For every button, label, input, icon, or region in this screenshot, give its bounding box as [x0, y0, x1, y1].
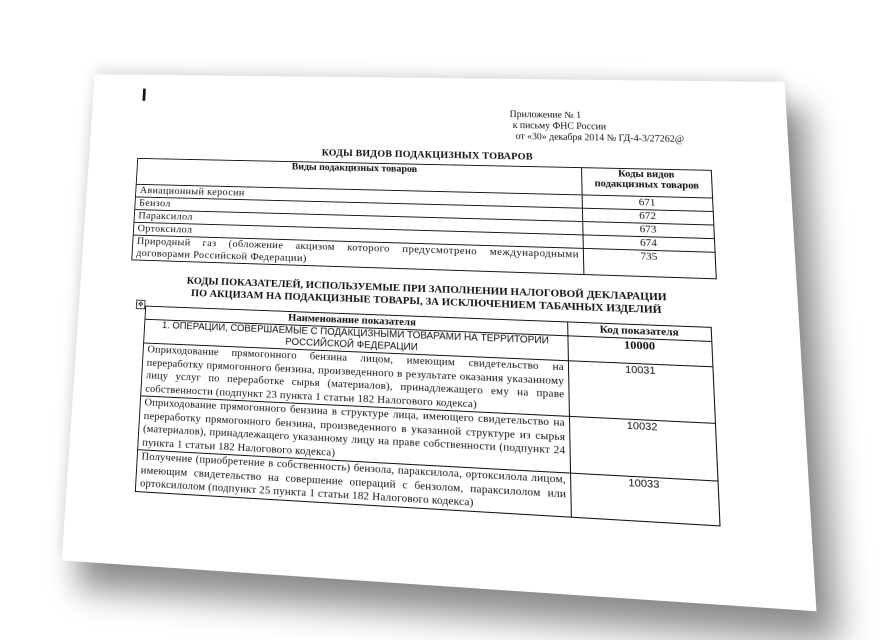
margin-mark: [142, 89, 145, 101]
indicator-code: 10033: [571, 473, 720, 525]
goods-code: 735: [583, 248, 716, 278]
appendix-line-3: от «30» декабря 2014 № ГД-4-3/27262@: [510, 132, 685, 146]
indicator-code: 10031: [568, 361, 715, 424]
indicator-codes-table: Наименование показателя Код показателя 1…: [135, 306, 721, 526]
appendix-note: Приложение № 1 к письму ФНС России от «3…: [510, 110, 685, 146]
document-page: Приложение № 1 к письму ФНС России от «3…: [62, 74, 817, 611]
indicator-code: 10032: [569, 416, 718, 481]
excise-goods-codes-table: Виды подакцизных товаров Коды видов пода…: [131, 158, 717, 279]
document-viewer: Приложение № 1 к письму ФНС России от «3…: [0, 0, 880, 640]
column-header-codes: Коды видов подакцизных товаров: [582, 168, 713, 198]
